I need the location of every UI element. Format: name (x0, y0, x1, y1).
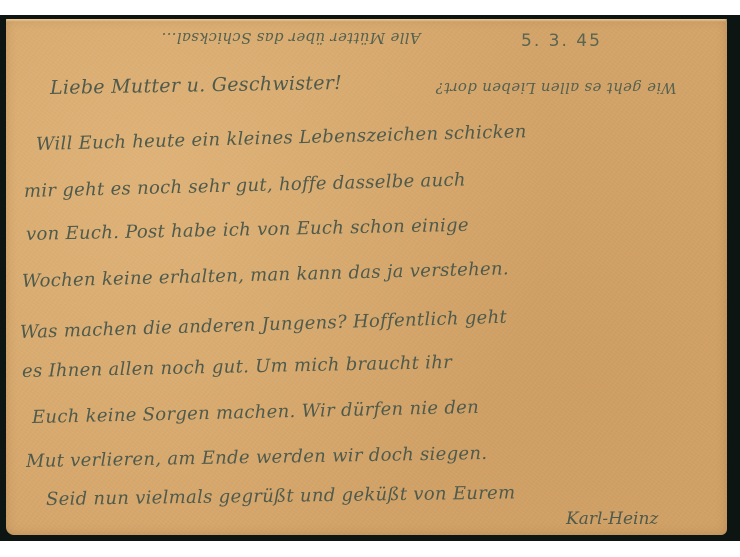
letter-line-2: Will Euch heute ein kleines Lebenszeiche… (36, 121, 527, 155)
letter-line-8: Euch keine Sorgen machen. Wir dürfen nie… (32, 397, 480, 428)
inverted-header-text: Alle Mütter über das Schicksal... (146, 29, 436, 47)
letter-line-4: von Euch. Post habe ich von Euch schon e… (26, 215, 469, 245)
postcard: Alle Mütter über das Schicksal... 5. 3. … (6, 19, 727, 535)
inverted-first-line-tail: Wie geht es allen Lieben dort? (406, 79, 706, 97)
letter-line-7: es Ihnen allen noch gut. Um mich braucht… (22, 352, 452, 382)
letter-line-5: Wochen keine erhalten, man kann das ja v… (22, 258, 509, 292)
letter-line-10: Seid nun vielmals gegrüßt und geküßt von… (46, 482, 516, 510)
letter-line-9: Mut verlieren, am Ende werden wir doch s… (26, 443, 488, 472)
signature: Karl-Heinz (566, 509, 658, 529)
letter-line-3: mir geht es noch sehr gut, hoffe dasselb… (24, 169, 466, 202)
date-text: 5. 3. 45 (521, 31, 602, 51)
letter-line-6: Was machen die anderen Jungens? Hoffentl… (20, 307, 508, 343)
card-top-edge (6, 19, 727, 22)
letter-line-1: Liebe Mutter u. Geschwister! (50, 72, 343, 99)
